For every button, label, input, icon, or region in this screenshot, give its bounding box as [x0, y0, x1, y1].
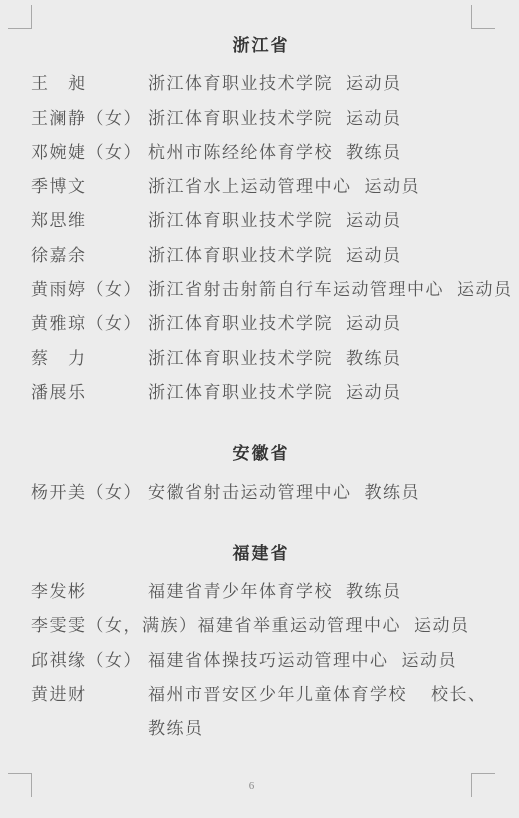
person-role: 运动员 — [346, 211, 402, 230]
table-row: 潘展乐浙江体育职业技术学院运动员 — [31, 376, 491, 410]
person-name: 郑思维 — [31, 204, 148, 238]
table-row: 季博文浙江省水上运动管理中心运动员 — [31, 170, 491, 204]
person-organization: 浙江省射击射箭自行车运动管理中心 — [148, 280, 444, 299]
person-organization: 浙江体育职业技术学院 — [148, 246, 333, 265]
province-heading-fujian: 福建省 — [31, 537, 491, 571]
person-name: 黄进财 — [31, 678, 87, 712]
person-name: 徐嘉余 — [31, 239, 148, 273]
person-organization: 浙江体育职业技术学院 — [148, 314, 333, 333]
table-row: 王澜静（女）浙江体育职业技术学院运动员 — [31, 102, 491, 136]
crop-mark-top-right — [471, 5, 495, 29]
province-heading-anhui: 安徽省 — [31, 437, 491, 471]
table-row: 黄雨婷（女）浙江省射击射箭自行车运动管理中心运动员 — [31, 273, 491, 307]
person-role: 运动员 — [457, 280, 513, 299]
crop-mark-bottom-right — [471, 773, 495, 797]
province-heading-zhejiang: 浙江省 — [31, 29, 491, 63]
person-role: 运动员 — [346, 314, 402, 333]
person-role: 运动员 — [346, 109, 402, 128]
document-page: 浙江省 王 昶浙江体育职业技术学院运动员 王澜静（女）浙江体育职业技术学院运动员… — [0, 0, 519, 818]
person-name: 季博文 — [31, 170, 148, 204]
person-role: 运动员 — [414, 616, 470, 635]
person-organization: 福建省体操技巧运动管理中心 — [148, 651, 389, 670]
person-role: 运动员 — [346, 383, 402, 402]
person-name: 黄雨婷（女） — [31, 273, 148, 307]
person-role: 运动员 — [402, 651, 458, 670]
person-role: 运动员 — [346, 246, 402, 265]
person-name: 李发彬 — [31, 575, 148, 609]
person-organization: 福州市晋安区少年儿童体育学校 — [148, 685, 407, 704]
person-name: 王 昶 — [31, 67, 148, 101]
person-name: 杨开美（女） — [31, 476, 148, 510]
table-row: 邱祺缘（女）福建省体操技巧运动管理中心运动员 — [31, 644, 491, 678]
person-name: 李雯雯（女，满族） — [31, 609, 198, 643]
person-name: 黄雅琼（女） — [31, 307, 148, 341]
person-role: 教练员 — [346, 582, 402, 601]
person-organization: 浙江体育职业技术学院 — [148, 109, 333, 128]
person-name: 邱祺缘（女） — [31, 644, 148, 678]
crop-mark-bottom-left — [8, 773, 32, 797]
table-row: 邓婉婕（女）杭州市陈经纶体育学校教练员 — [31, 136, 491, 170]
person-organization: 安徽省射击运动管理中心 — [148, 483, 352, 502]
table-row: 郑思维浙江体育职业技术学院运动员 — [31, 204, 491, 238]
table-row: 王 昶浙江体育职业技术学院运动员 — [31, 67, 491, 101]
person-organization: 浙江体育职业技术学院 — [148, 74, 333, 93]
table-row: 黄进财福州市晋安区少年儿童体育学校校长、教练员 — [31, 678, 500, 747]
award-roster-document: 浙江省 王 昶浙江体育职业技术学院运动员 王澜静（女）浙江体育职业技术学院运动员… — [31, 29, 491, 747]
table-row: 徐嘉余浙江体育职业技术学院运动员 — [31, 239, 491, 273]
person-role: 教练员 — [346, 349, 402, 368]
person-role: 运动员 — [346, 74, 402, 93]
person-organization: 福建省青少年体育学校 — [148, 582, 333, 601]
person-role: 教练员 — [365, 483, 421, 502]
person-name: 潘展乐 — [31, 376, 148, 410]
person-role: 教练员 — [346, 143, 402, 162]
person-name: 蔡 力 — [31, 342, 148, 376]
table-row: 黄雅琼（女）浙江体育职业技术学院运动员 — [31, 307, 491, 341]
person-organization: 福建省举重运动管理中心 — [198, 616, 402, 635]
table-row: 蔡 力浙江体育职业技术学院教练员 — [31, 342, 491, 376]
person-role: 运动员 — [365, 177, 421, 196]
table-row: 李发彬福建省青少年体育学校教练员 — [31, 575, 491, 609]
person-organization: 浙江省水上运动管理中心 — [148, 177, 352, 196]
person-organization: 浙江体育职业技术学院 — [148, 383, 333, 402]
person-name: 王澜静（女） — [31, 102, 148, 136]
table-row: 杨开美（女）安徽省射击运动管理中心教练员 — [31, 476, 491, 510]
person-name: 邓婉婕（女） — [31, 136, 148, 170]
table-row: 李雯雯（女，满族）福建省举重运动管理中心运动员 — [31, 609, 491, 643]
person-organization: 浙江体育职业技术学院 — [148, 349, 333, 368]
person-organization: 浙江体育职业技术学院 — [148, 211, 333, 230]
person-organization: 杭州市陈经纶体育学校 — [148, 143, 333, 162]
crop-mark-top-left — [8, 5, 32, 29]
page-number: 6 — [31, 776, 472, 796]
